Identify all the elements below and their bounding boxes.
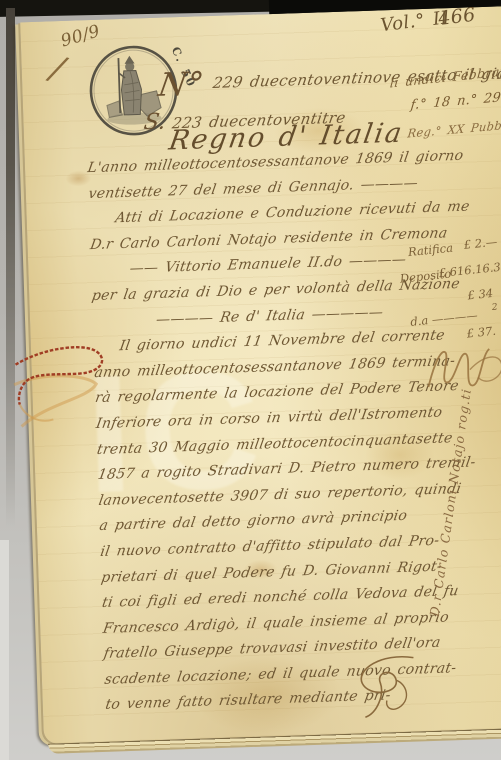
margin-note-ratifica-amount: £ 2.— <box>463 234 498 251</box>
register-reference-note: Reg.° XX Pubblici <box>406 117 501 141</box>
scanned-manuscript-photo: IC 90/9 / Vol.° II 466 C. 50 N° <box>0 0 501 760</box>
folio-corner-slash: / <box>46 48 68 90</box>
red-binding-thread <box>11 336 145 470</box>
ink-flourish-scribble <box>418 324 501 407</box>
volume-page-number: 466 <box>437 4 477 30</box>
registration-folio-note: f.° 18 n.° 296. <box>409 89 501 113</box>
manuscript-page: IC 90/9 / Vol.° II 466 C. 50 N° <box>20 6 501 744</box>
margin-note-detto-superscript: 2 <box>491 302 498 313</box>
series-s-initial: S. <box>142 109 168 135</box>
notary-paraph-flourish <box>341 649 438 727</box>
backing-edge-strip <box>0 540 9 760</box>
repertory-n-initial: N° <box>158 75 205 93</box>
margin-note-amount-34: £ 34 <box>467 286 494 303</box>
margin-note-deposito-amount: £ 616.16.31- <box>438 259 501 280</box>
